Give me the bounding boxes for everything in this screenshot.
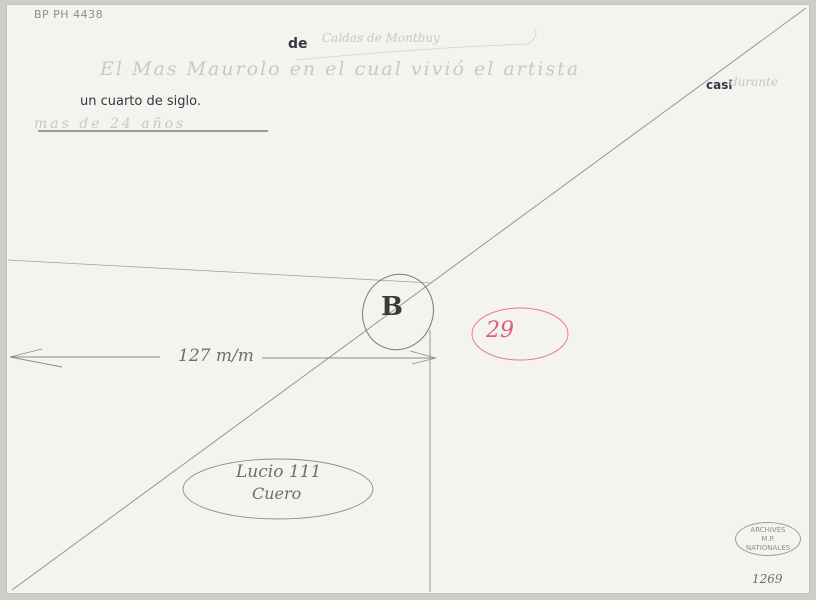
stamp-line3: NATIONALES	[736, 544, 800, 553]
crop-letter: B	[381, 292, 403, 322]
caption-struck-text: mas de 24 años	[34, 116, 186, 132]
caption-replacement: un cuarto de siglo.	[80, 94, 201, 109]
catalog-number: BP PH 4438	[34, 8, 103, 21]
archive-stamp: ARCHIVES M.P. NATIONALES	[735, 522, 801, 556]
dimension-label: 127 m/m	[178, 346, 254, 366]
insertion-casi: casi	[706, 78, 732, 92]
sequence-number: 29	[486, 318, 514, 343]
stamp-line1: ARCHIVES	[736, 526, 800, 535]
caption-line-end: durante	[730, 75, 778, 89]
pencil-crop-lines	[0, 0, 816, 600]
inventory-number: 1269	[752, 572, 783, 586]
caption-main-line: El Mas Maurolo en el cual vivió el artis…	[100, 58, 580, 80]
location-note-line2: Cuero	[252, 484, 301, 503]
insertion-caldas: Caldas de Montbuy	[322, 31, 440, 45]
location-note-line1: Lucio 111	[236, 462, 321, 482]
insertion-de: de	[288, 36, 308, 52]
stamp-line2: M.P.	[736, 535, 800, 544]
